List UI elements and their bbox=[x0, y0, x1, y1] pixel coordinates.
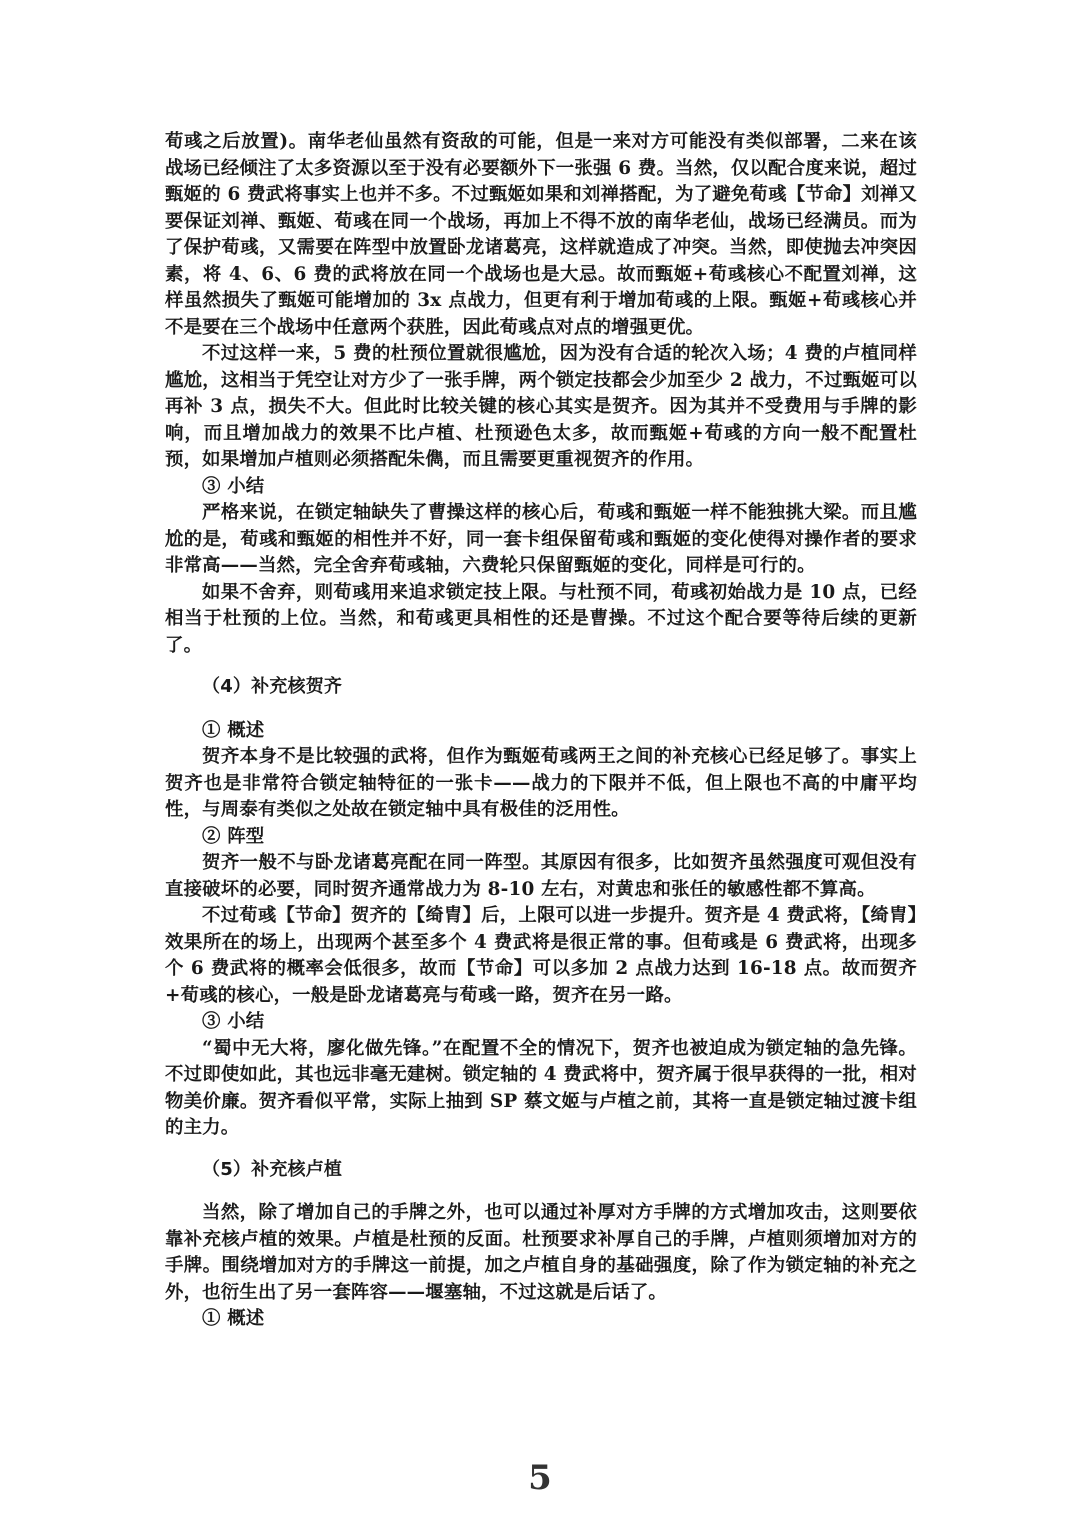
paragraph-continued: 荀彧之后放置)。南华老仙虽然有资敌的可能，但是一来对方可能没有类似部署，二来在该… bbox=[165, 129, 917, 341]
section-heading-4: （4）补充核贺齐 bbox=[165, 674, 917, 701]
paragraph: 不过荀彧【节命】贺齐的【绮胄】后，上限可以进一步提升。贺齐是 4 费武将，【绮胄… bbox=[165, 903, 917, 1009]
paragraph: 贺齐本身不是比较强的武将，但作为甄姬荀彧两王之间的补充核心已经足够了。事实上贺齐… bbox=[165, 744, 917, 824]
paragraph: 如果不舍弃，则荀彧用来追求锁定技上限。与杜预不同，荀彧初始战力是 10 点，已经… bbox=[165, 580, 917, 660]
subheading-summary: ③ 小结 bbox=[165, 1009, 917, 1036]
paragraph: 贺齐一般不与卧龙诸葛亮配在同一阵型。其原因有很多，比如贺齐虽然强度可观但没有直接… bbox=[165, 850, 917, 903]
paragraph: 不过这样一来，5 费的杜预位置就很尴尬，因为没有合适的轮次入场；4 费的卢植同样… bbox=[165, 341, 917, 474]
section-heading-5: （5）补充核卢植 bbox=[165, 1157, 917, 1184]
subheading-overview: ① 概述 bbox=[165, 718, 917, 745]
subheading-overview: ① 概述 bbox=[165, 1306, 917, 1333]
paragraph: 当然，除了增加自己的手牌之外，也可以通过补厚对方手牌的方式增加攻击，这则要依靠补… bbox=[165, 1200, 917, 1306]
paragraph: 严格来说，在锁定轴缺失了曹操这样的核心后，荀彧和甄姬一样不能独挑大梁。而且尴尬的… bbox=[165, 500, 917, 580]
document-page: 荀彧之后放置)。南华老仙虽然有资敌的可能，但是一来对方可能没有类似部署，二来在该… bbox=[165, 129, 917, 1333]
page-number: 5 bbox=[0, 1458, 1080, 1498]
subheading-summary: ③ 小结 bbox=[165, 474, 917, 501]
subheading-formation: ② 阵型 bbox=[165, 824, 917, 851]
paragraph: “蜀中无大将，廖化做先锋。”在配置不全的情况下，贺齐也被迫成为锁定轴的急先锋。不… bbox=[165, 1036, 917, 1142]
